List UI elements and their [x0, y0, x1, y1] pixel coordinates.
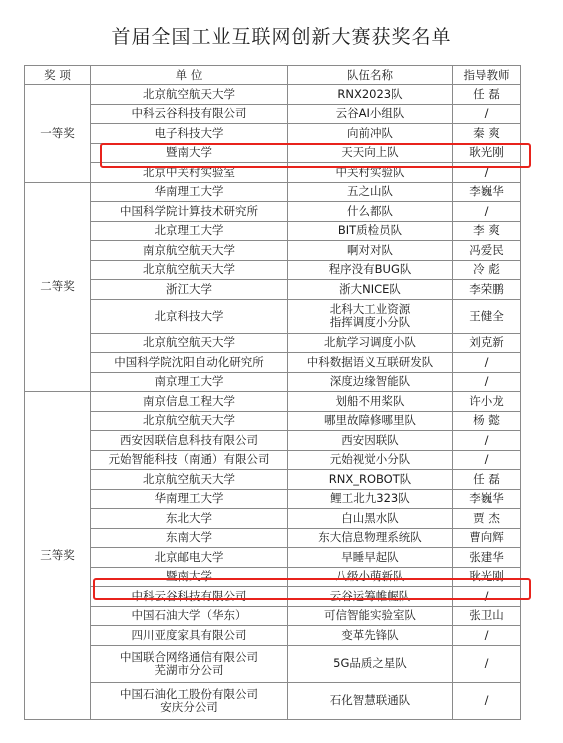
page-title: 首届全国工业互联网创新大赛获奖名单 [0, 22, 563, 49]
team-cell: 鲤工北九323队 [288, 489, 453, 509]
table-row: 中国科学院计算技术研究所 什么都队 / [25, 202, 521, 222]
advisor-cell: 刘克新 [453, 333, 521, 353]
prize-cell-second: 二等奖 [25, 182, 91, 392]
table-row: 北京航空航天大学 程序没有BUG队 冷 彪 [25, 260, 521, 280]
advisor-cell: 耿光刚 [453, 567, 521, 587]
unit-cell: 中科云谷科技有限公司 [91, 104, 288, 124]
table-row: 中国联合网络通信有限公司 芜湖市分公司 5G品质之星队 / [25, 645, 521, 682]
unit-cell: 中国科学院计算技术研究所 [91, 202, 288, 222]
team-cell: 石化智慧联通队 [288, 682, 453, 719]
team-cell: 什么都队 [288, 202, 453, 222]
table-row: 元始智能科技（南通）有限公司 元始视觉小分队 / [25, 450, 521, 470]
table-row: 北京中关村实验室 中关村实验队 / [25, 163, 521, 183]
team-cell: 早睡早起队 [288, 548, 453, 568]
prize-cell-first: 一等奖 [25, 85, 91, 183]
team-cell: 可信智能实验室队 [288, 606, 453, 626]
advisor-cell: 李 爽 [453, 221, 521, 241]
unit-cell: 南京航空航天大学 [91, 241, 288, 261]
advisor-cell: 冯爱民 [453, 241, 521, 261]
advisor-cell: / [453, 202, 521, 222]
table-row: 南京航空航天大学 啊对对队 冯爱民 [25, 241, 521, 261]
team-cell: 变革先锋队 [288, 626, 453, 646]
unit-cell: 华南理工大学 [91, 489, 288, 509]
team-cell: 东大信息物理系统队 [288, 528, 453, 548]
unit-cell: 北京航空航天大学 [91, 470, 288, 490]
team-cell: RNX_ROBOT队 [288, 470, 453, 490]
advisor-cell: 冷 彪 [453, 260, 521, 280]
team-cell: 北航学习调度小队 [288, 333, 453, 353]
team-cell: 中关村实验队 [288, 163, 453, 183]
table-row-highlighted: 暨南大学 八级小萌新队 耿光刚 [25, 567, 521, 587]
advisor-cell: 李巍华 [453, 489, 521, 509]
table-row: 北京航空航天大学 哪里故障修哪里队 杨 懿 [25, 411, 521, 431]
table-row: 华南理工大学 鲤工北九323队 李巍华 [25, 489, 521, 509]
unit-cell: 北京邮电大学 [91, 548, 288, 568]
unit-cell: 中国联合网络通信有限公司 芜湖市分公司 [91, 645, 288, 682]
advisor-cell: / [453, 372, 521, 392]
advisor-cell: / [453, 682, 521, 719]
table-header-row: 奖 项 单 位 队伍名称 指导教师 [25, 66, 521, 85]
unit-cell: 四川亚度家具有限公司 [91, 626, 288, 646]
team-cell: 向前冲队 [288, 124, 453, 144]
unit-cell: 东南大学 [91, 528, 288, 548]
unit-cell: 中科云谷科技有限公司 [91, 587, 288, 607]
table-row-highlighted: 暨南大学 天天向上队 耿光刚 [25, 143, 521, 163]
header-prize: 奖 项 [25, 66, 91, 85]
advisor-cell: 任 磊 [453, 85, 521, 105]
advisor-cell: 贾 杰 [453, 509, 521, 529]
team-cell: 云谷运筹帷幄队 [288, 587, 453, 607]
unit-cell: 北京理工大学 [91, 221, 288, 241]
team-cell: 5G品质之星队 [288, 645, 453, 682]
team-cell: 程序没有BUG队 [288, 260, 453, 280]
team-cell: RNX2023队 [288, 85, 453, 105]
unit-cell: 浙江大学 [91, 280, 288, 300]
table-row: 中科云谷科技有限公司 云谷AI小组队 / [25, 104, 521, 124]
unit-cell: 南京信息工程大学 [91, 392, 288, 412]
advisor-cell: 秦 爽 [453, 124, 521, 144]
table-row: 东南大学 东大信息物理系统队 曹向辉 [25, 528, 521, 548]
advisor-cell: / [453, 353, 521, 373]
unit-cell: 北京航空航天大学 [91, 260, 288, 280]
table-row: 中国科学院沈阳自动化研究所 中科数据语义互联研发队 / [25, 353, 521, 373]
table-row: 中科云谷科技有限公司 云谷运筹帷幄队 / [25, 587, 521, 607]
unit-line: 中国石油化工股份有限公司 [91, 688, 287, 701]
unit-cell: 西安因联信息科技有限公司 [91, 431, 288, 451]
table-row: 电子科技大学 向前冲队 秦 爽 [25, 124, 521, 144]
team-cell: 西安因联队 [288, 431, 453, 451]
team-cell: 云谷AI小组队 [288, 104, 453, 124]
advisor-cell: / [453, 645, 521, 682]
table-row: 北京科技大学 北科大工业资源 指挥调度小分队 王健全 [25, 299, 521, 333]
advisor-cell: 耿光刚 [453, 143, 521, 163]
table-row: 浙江大学 浙大NICE队 李荣鹏 [25, 280, 521, 300]
team-cell: 啊对对队 [288, 241, 453, 261]
unit-cell: 北京中关村实验室 [91, 163, 288, 183]
team-cell: 元始视觉小分队 [288, 450, 453, 470]
advisor-cell: 李巍华 [453, 182, 521, 202]
team-cell: 北科大工业资源 指挥调度小分队 [288, 299, 453, 333]
table-row: 东北大学 白山黑水队 贾 杰 [25, 509, 521, 529]
prize-cell-third: 三等奖 [25, 392, 91, 720]
unit-cell: 暨南大学 [91, 567, 288, 587]
table-row: 二等奖 华南理工大学 五之山队 李巍华 [25, 182, 521, 202]
advisor-cell: 许小龙 [453, 392, 521, 412]
advisor-cell: 王健全 [453, 299, 521, 333]
advisor-cell: 曹向辉 [453, 528, 521, 548]
header-unit: 单 位 [91, 66, 288, 85]
team-cell: 哪里故障修哪里队 [288, 411, 453, 431]
advisor-cell: 张建华 [453, 548, 521, 568]
table-row: 三等奖 南京信息工程大学 划船不用桨队 许小龙 [25, 392, 521, 412]
unit-line: 芜湖市分公司 [91, 664, 287, 677]
table-row: 中国石油化工股份有限公司 安庆分公司 石化智慧联通队 / [25, 682, 521, 719]
team-cell: 深度边缘智能队 [288, 372, 453, 392]
table-row: 南京理工大学 深度边缘智能队 / [25, 372, 521, 392]
unit-cell: 北京航空航天大学 [91, 333, 288, 353]
advisor-cell: 杨 懿 [453, 411, 521, 431]
unit-cell: 北京科技大学 [91, 299, 288, 333]
table-row: 北京航空航天大学 北航学习调度小队 刘克新 [25, 333, 521, 353]
team-cell: 中科数据语义互联研发队 [288, 353, 453, 373]
advisor-cell: / [453, 626, 521, 646]
unit-line: 中国联合网络通信有限公司 [91, 651, 287, 664]
unit-cell: 东北大学 [91, 509, 288, 529]
unit-cell: 华南理工大学 [91, 182, 288, 202]
team-cell: 白山黑水队 [288, 509, 453, 529]
advisor-cell: 任 磊 [453, 470, 521, 490]
table-row: 西安因联信息科技有限公司 西安因联队 / [25, 431, 521, 451]
table-row: 北京航空航天大学 RNX_ROBOT队 任 磊 [25, 470, 521, 490]
team-cell: 划船不用桨队 [288, 392, 453, 412]
team-cell: 天天向上队 [288, 143, 453, 163]
table-row: 一等奖 北京航空航天大学 RNX2023队 任 磊 [25, 85, 521, 105]
advisor-cell: / [453, 104, 521, 124]
unit-cell: 北京航空航天大学 [91, 85, 288, 105]
advisor-cell: 李荣鹏 [453, 280, 521, 300]
header-team: 队伍名称 [288, 66, 453, 85]
award-table: 奖 项 单 位 队伍名称 指导教师 一等奖 北京航空航天大学 RNX2023队 … [24, 65, 521, 720]
advisor-cell: / [453, 587, 521, 607]
table-row: 北京邮电大学 早睡早起队 张建华 [25, 548, 521, 568]
advisor-cell: / [453, 431, 521, 451]
unit-cell: 南京理工大学 [91, 372, 288, 392]
team-cell: 浙大NICE队 [288, 280, 453, 300]
table-row: 北京理工大学 BIT质检员队 李 爽 [25, 221, 521, 241]
unit-cell: 中国科学院沈阳自动化研究所 [91, 353, 288, 373]
unit-cell: 暨南大学 [91, 143, 288, 163]
unit-cell: 电子科技大学 [91, 124, 288, 144]
table-row: 四川亚度家具有限公司 变革先锋队 / [25, 626, 521, 646]
header-advisor: 指导教师 [453, 66, 521, 85]
unit-line: 安庆分公司 [91, 701, 287, 714]
table-row: 中国石油大学（华东） 可信智能实验室队 张卫山 [25, 606, 521, 626]
team-line: 指挥调度小分队 [288, 316, 452, 329]
unit-cell: 中国石油大学（华东） [91, 606, 288, 626]
advisor-cell: / [453, 163, 521, 183]
unit-cell: 北京航空航天大学 [91, 411, 288, 431]
advisor-cell: 张卫山 [453, 606, 521, 626]
unit-cell: 中国石油化工股份有限公司 安庆分公司 [91, 682, 288, 719]
team-cell: 五之山队 [288, 182, 453, 202]
team-cell: 八级小萌新队 [288, 567, 453, 587]
advisor-cell: / [453, 450, 521, 470]
team-cell: BIT质检员队 [288, 221, 453, 241]
unit-cell: 元始智能科技（南通）有限公司 [91, 450, 288, 470]
